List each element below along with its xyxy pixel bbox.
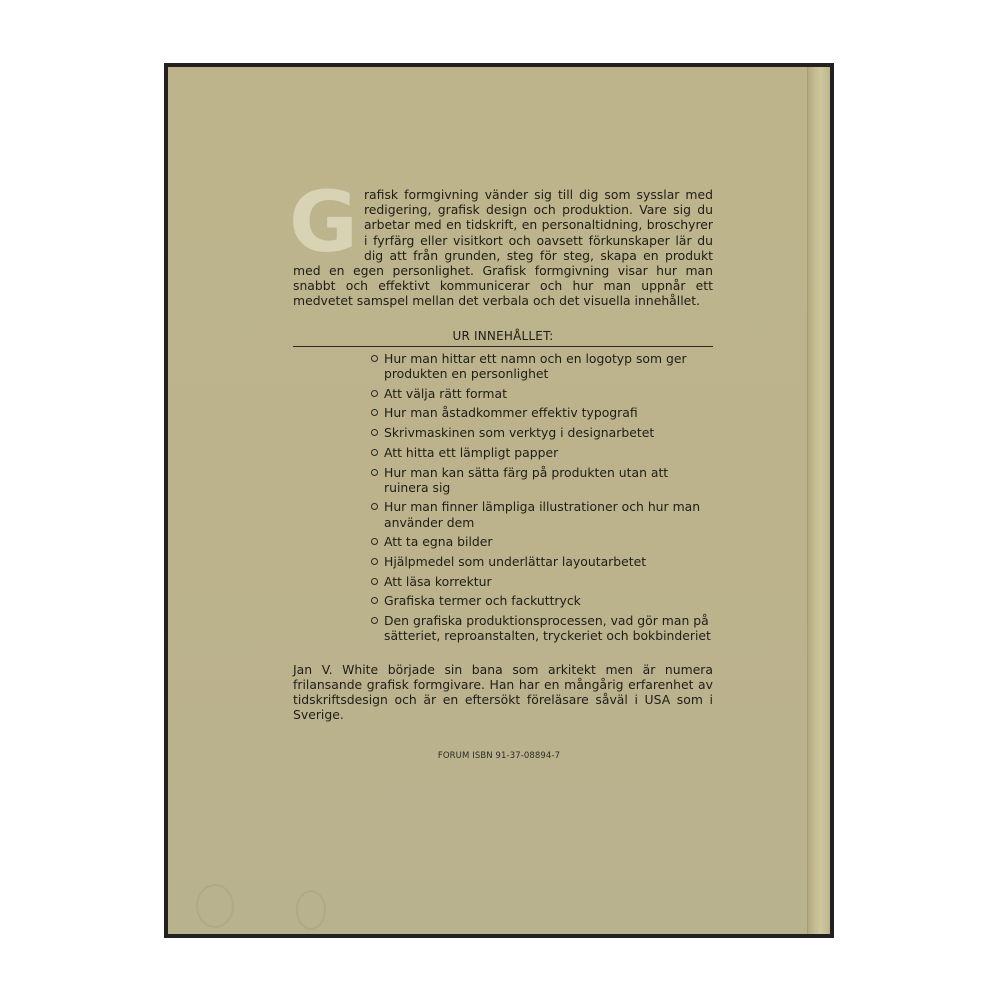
toc-list: Hur man hittar ett namn och en logotyp s… [293, 351, 713, 644]
book-back-cover: Grafisk formgivning vänder sig till dig … [164, 63, 834, 938]
circle-bullet-icon [371, 449, 378, 456]
toc-heading: UR INNEHÅLLET: [293, 329, 713, 347]
toc-item: Grafiska termer och fackuttryck [371, 593, 713, 608]
stain-mark [296, 890, 326, 930]
toc-item-label: Hjälpmedel som underlättar layoutarbetet [384, 554, 646, 569]
circle-bullet-icon [371, 538, 378, 545]
toc-item-label: Hur man kan sätta färg på produkten utan… [384, 465, 668, 495]
toc-item: Att välja rätt format [371, 386, 713, 401]
toc-item-label: Att välja rätt format [384, 386, 507, 401]
toc-item: Att hitta ett lämpligt papper [371, 445, 713, 460]
toc-item: Att läsa korrektur [371, 574, 713, 589]
circle-bullet-icon [371, 597, 378, 604]
toc-item: Hur man kan sätta färg på produkten utan… [371, 465, 713, 495]
toc-item-label: Grafiska termer och fackuttryck [384, 593, 581, 608]
toc-item-label: Den grafiska produktionsprocessen, vad g… [384, 613, 711, 643]
toc-item-label: Hur man finner lämpliga illustrationer o… [384, 499, 700, 529]
toc-item: Skrivmaskinen som verktyg i designarbete… [371, 425, 713, 440]
circle-bullet-icon [371, 503, 378, 510]
circle-bullet-icon [371, 558, 378, 565]
circle-bullet-icon [371, 469, 378, 476]
circle-bullet-icon [371, 617, 378, 624]
toc-item: Hur man åstadkommer effektiv typografi [371, 405, 713, 420]
cover-surface: Grafisk formgivning vänder sig till dig … [168, 67, 830, 934]
drop-cap: G [289, 191, 358, 253]
circle-bullet-icon [371, 429, 378, 436]
circle-bullet-icon [371, 390, 378, 397]
spine-edge [807, 67, 830, 934]
toc-item: Att ta egna bilder [371, 534, 713, 549]
toc-item-label: Hur man åstadkommer effektiv typografi [384, 405, 638, 420]
toc-item-label: Att hitta ett lämpligt papper [384, 445, 558, 460]
toc-item: Hjälpmedel som underlättar layoutarbetet [371, 554, 713, 569]
toc-item-label: Skrivmaskinen som verktyg i designarbete… [384, 425, 654, 440]
circle-bullet-icon [371, 409, 378, 416]
isbn-line: FORUM ISBN 91-37-08894-7 [168, 751, 830, 761]
toc-item-label: Att läsa korrektur [384, 574, 492, 589]
toc-item-label: Att ta egna bilder [384, 534, 493, 549]
intro-paragraph: Grafisk formgivning vänder sig till dig … [293, 187, 713, 309]
author-bio: Jan V. White började sin bana som arkite… [293, 662, 713, 723]
toc-item: Den grafiska produktionsprocessen, vad g… [371, 613, 713, 643]
cover-text-block: Grafisk formgivning vänder sig till dig … [293, 187, 713, 735]
stain-mark [196, 884, 234, 928]
toc-item: Hur man hittar ett namn och en logotyp s… [371, 351, 713, 381]
circle-bullet-icon [371, 578, 378, 585]
toc-item-label: Hur man hittar ett namn och en logotyp s… [384, 351, 687, 381]
toc-item: Hur man finner lämpliga illustrationer o… [371, 499, 713, 529]
circle-bullet-icon [371, 355, 378, 362]
